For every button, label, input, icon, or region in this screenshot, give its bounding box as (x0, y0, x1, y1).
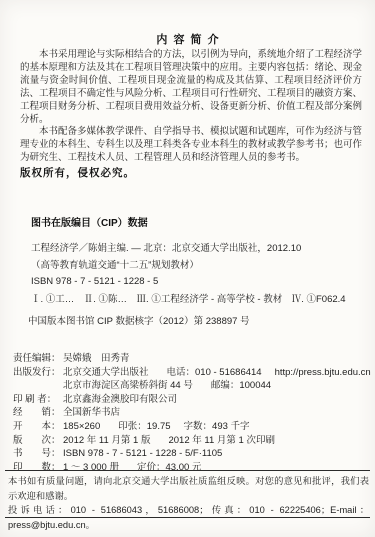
imprint-block: 责任编辑： 吴嫦娥 田秀青 出版发行： 北京交通大学出版社 电话：010 - 5… (13, 352, 369, 474)
cip-series-line: （高等教育轨道交通“十二五”规划教材） (31, 259, 363, 272)
book-format: 185×260 (63, 420, 100, 434)
word-count: 字数：493 千字 (184, 420, 250, 434)
cip-title-line: 工程经济学／陈娟主编. — 北京：北京交通大学出版社，2012.10 (31, 242, 363, 255)
imprint-row-distributor: 经 销： 全国新华书店 (13, 406, 369, 420)
imprint-label: 责任编辑： (13, 352, 63, 366)
quality-notice: 本书如有质量问题，请向北京交通大学出版社质监组反映。对您的意见和批评，我们表示欢… (8, 474, 369, 532)
book-isbn: ISBN 978 - 7 - 5121 - 1228 - 5/F·1105 (63, 447, 222, 461)
imprint-label: 印 刷 者： (13, 393, 63, 407)
price: 定价：43.00 元 (137, 461, 201, 475)
cip-heading: 图书在版编目（CIP）数据 (31, 217, 363, 230)
content-summary: 本书采用理论与实际相结合的方法，以引例为导向，系统地介绍了工程经济学的基本原理和… (20, 49, 362, 165)
cip-data-block: 图书在版编目（CIP）数据 工程经济学／陈娟主编. — 北京：北京交通大学出版社… (31, 217, 363, 332)
copyright-notice: 版权所有，侵权必究。 (20, 165, 135, 180)
imprint-label: 出版发行： (13, 366, 63, 380)
printing: 2012 年 11 月第 1 次印刷 (168, 434, 274, 448)
publisher-website: http://press.bjtu.edu.cn (275, 366, 371, 380)
edition: 2012 年 11 月第 1 版 (63, 434, 150, 448)
divider-line-bottom (5, 517, 370, 518)
cip-isbn-line: ISBN 978 - 7 - 5121 - 1228 - 5 (31, 275, 363, 288)
divider-line-top (5, 470, 370, 471)
imprint-value: 北京交通大学出版社 (63, 366, 149, 380)
printed-sheets: 印张：19.75 (118, 420, 170, 434)
imprint-label: 开 本： (13, 420, 63, 434)
print-run: 1 ～ 3 000 册 (63, 461, 119, 475)
imprint-row-book-number: 书 号： ISBN 978 - 7 - 5121 - 1228 - 5/F·11… (13, 447, 369, 461)
cip-record-number-line: 中国版本图书馆 CIP 数据核字（2012）第 238897 号 (28, 315, 363, 328)
imprint-row-printer: 印 刷 者： 北京鑫海金澳胶印有限公司 (13, 393, 369, 407)
publisher-address: 北京市海淀区高梁桥斜街 44 号 (63, 379, 193, 393)
imprint-label: 印 数： (13, 461, 63, 475)
imprint-row-publisher: 出版发行： 北京交通大学出版社 电话：010 - 51686414 http:/… (13, 366, 369, 380)
content-summary-paragraph-2: 本书配备多媒体教学课件、自学指导书、模拟试题和试题库，可作为经济与管理专业的本科… (20, 126, 362, 165)
imprint-value: 吴嫦娥 田秀青 (63, 352, 130, 366)
book-copyright-page: 内容简介 本书采用理论与实际相结合的方法，以引例为导向，系统地介绍了工程经济学的… (0, 0, 375, 537)
imprint-row-print-run: 印 数： 1 ～ 3 000 册 定价：43.00 元 (13, 461, 369, 475)
imprint-row-format: 开 本： 185×260 印张：19.75 字数：493 千字 (13, 420, 369, 434)
imprint-label: 经 销： (13, 406, 63, 420)
imprint-row-edition: 版 次： 2012 年 11 月第 1 版 2012 年 11 月第 1 次印刷 (13, 434, 369, 448)
content-summary-title: 内容简介 (0, 31, 375, 47)
imprint-row-editor: 责任编辑： 吴嫦娥 田秀青 (13, 352, 369, 366)
imprint-label: 版 次： (13, 434, 63, 448)
imprint-value: 全国新华书店 (63, 406, 120, 420)
imprint-row-address: 北京市海淀区高梁桥斜街 44 号 邮编：100044 (13, 379, 369, 393)
postal-code: 邮编：100044 (211, 379, 271, 393)
imprint-value: 北京鑫海金澳胶印有限公司 (63, 393, 177, 407)
quality-notice-line-1: 本书如有质量问题，请向北京交通大学出版社质监组反映。对您的意见和批评，我们表示欢… (8, 474, 369, 503)
imprint-label: 书 号： (13, 447, 63, 461)
content-summary-paragraph-1: 本书采用理论与实际相结合的方法，以引例为导向，系统地介绍了工程经济学的基本原理和… (20, 49, 362, 126)
cip-classification-line: Ⅰ. ①工… Ⅱ. ①陈… Ⅲ. ①工程经济学 - 高等学校 - 教材 Ⅳ. ①… (31, 293, 363, 306)
imprint-value-2: 电话：010 - 51686414 (167, 366, 262, 380)
